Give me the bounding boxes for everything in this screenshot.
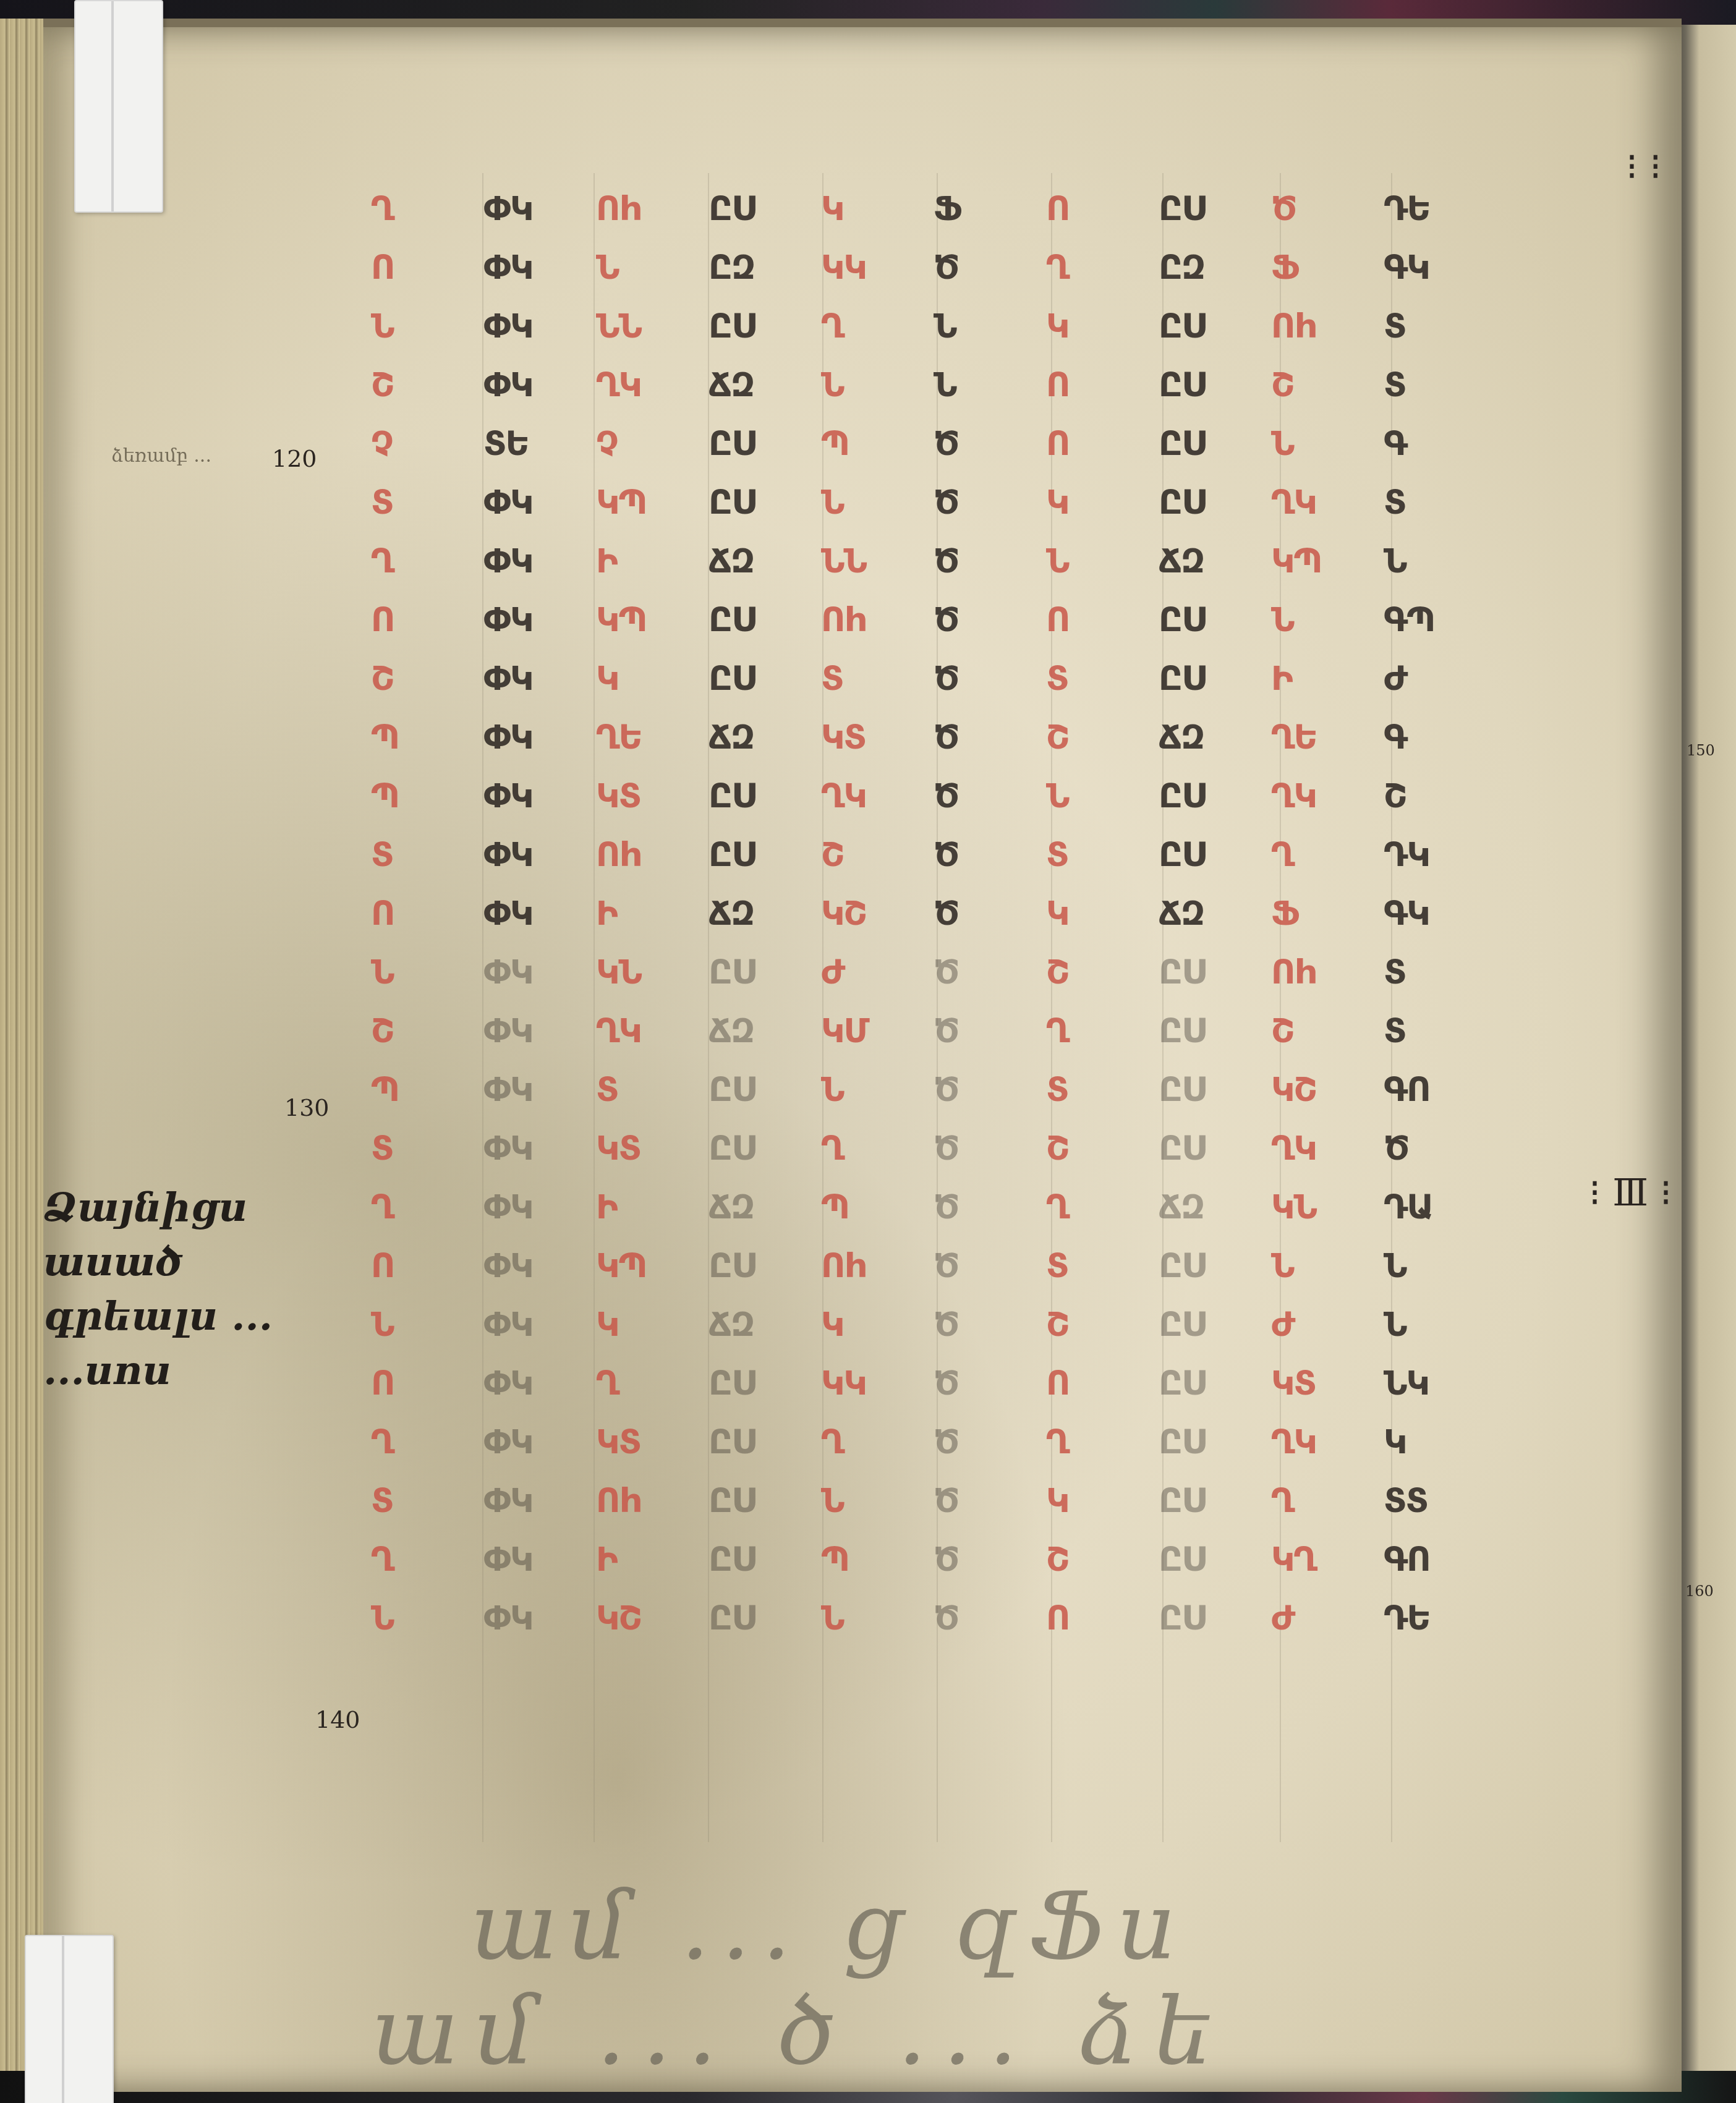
glyph-cell: Ն [1271, 1236, 1384, 1295]
glyph-cell: Շ [1046, 708, 1159, 767]
glyph-cell: ԸՍ [1159, 297, 1271, 355]
glyph-cell: ՓԿ [483, 825, 596, 884]
glyph-cell: Պ [821, 414, 934, 473]
glyph-cell: Ն [1046, 532, 1159, 590]
glyph-cell: Տ [1384, 297, 1496, 355]
page-tab-top [74, 0, 163, 213]
glyph-cell: ՃԶ [1159, 884, 1271, 943]
glyph-cell: Կ [1046, 473, 1159, 532]
glyph-cell: Ո [371, 238, 483, 297]
glyph-cell: ՓԿ [483, 179, 596, 238]
glyph-cell: Ղ [1271, 1471, 1384, 1530]
glyph-cell: ԸՍ [1159, 355, 1271, 414]
glyph-cell: ԿՊ [1271, 532, 1384, 590]
glyph-cell: ԴԿ [1384, 825, 1496, 884]
glyph-cell: ԸՍ [708, 649, 821, 708]
glyph-cell: Ժ [1271, 1589, 1384, 1647]
glyph-cell: Ծ [934, 649, 1046, 708]
marginal-gloss-top: ձեռամբ ... [111, 445, 211, 467]
glyph-cell: Ն [821, 355, 934, 414]
glyph-cell: ԸՍ [1159, 1413, 1271, 1471]
glyph-cell: ՓԿ [483, 1060, 596, 1119]
glyph-cell: Պ [821, 1178, 934, 1236]
glyph-cell: Ոh [596, 1471, 708, 1530]
glyph-cell: Գ [1384, 414, 1496, 473]
glyph-table: ՂՓԿՈhԸՍԿՖՈԸՍԾԴԵՈՓԿՆԸԶԿԿԾՂԸԶՖԳԿՆՓԿՆՆԸՍՂՆԿ… [371, 179, 1496, 1647]
glyph-cell: ՃԶ [708, 355, 821, 414]
glyph-cell: Պ [371, 767, 483, 825]
glyph-cell: Ոh [1271, 297, 1384, 355]
glyph-cell: Ծ [934, 1119, 1046, 1178]
glyph-cell: ԸՍ [1159, 1119, 1271, 1178]
glyph-cell: Ն [821, 1060, 934, 1119]
glyph-cell: Ֆ [1271, 884, 1384, 943]
glyph-cell: ՓԿ [483, 1413, 596, 1471]
glyph-cell: Ի [596, 532, 708, 590]
glyph-cell: ԸՍ [708, 1589, 821, 1647]
glyph-cell: Ղ [371, 1178, 483, 1236]
glyph-cell: ՏԵ [483, 414, 596, 473]
glyph-cell: Ծ [934, 238, 1046, 297]
glyph-cell: Ն [821, 1589, 934, 1647]
glyph-cell: Կ [1046, 884, 1159, 943]
glyph-cell: Ոh [596, 179, 708, 238]
glyph-cell: Ժ [821, 943, 934, 1001]
glyph-cell: Տ [371, 1119, 483, 1178]
glyph-cell: ԸՍ [708, 767, 821, 825]
glyph-cell: Ոh [1271, 943, 1384, 1001]
glyph-cell: ՃԶ [708, 532, 821, 590]
glyph-cell: Ն [934, 355, 1046, 414]
glyph-cell: ՂԿ [596, 1001, 708, 1060]
glyph-cell: ԸՍ [708, 825, 821, 884]
glyph-cell: Ծ [934, 473, 1046, 532]
glyph-cell: ՓԿ [483, 884, 596, 943]
glyph-cell: Տ [1046, 649, 1159, 708]
glyph-cell: Ծ [934, 1178, 1046, 1236]
glyph-cell: Ղ [1271, 825, 1384, 884]
folio-number-120: 120 [272, 445, 317, 472]
glyph-cell: Կ [596, 1295, 708, 1354]
glyph-cell: Շ [371, 1001, 483, 1060]
glyph-cell: ԴԱ [1384, 1178, 1496, 1236]
glyph-cell: ՂԿ [1271, 1413, 1384, 1471]
glyph-cell: Ղ [1046, 1178, 1159, 1236]
glyph-cell: Ղ [1046, 1413, 1159, 1471]
glyph-cell: Ի [596, 1178, 708, 1236]
glyph-cell: ԳՊ [1384, 590, 1496, 649]
glyph-cell: ՓԿ [483, 943, 596, 1001]
glyph-cell: ԿՏ [596, 1413, 708, 1471]
glyph-cell: ՂԵ [1271, 708, 1384, 767]
glyph-cell: Ն [1384, 1236, 1496, 1295]
glyph-cell: ԿՇ [1271, 1060, 1384, 1119]
glyph-cell: ԳՈ [1384, 1530, 1496, 1589]
glyph-cell: Ն [1384, 1295, 1496, 1354]
glyph-cell: ԿՆ [596, 943, 708, 1001]
glyph-cell: ԸՍ [708, 1060, 821, 1119]
glyph-cell: ԴԵ [1384, 1589, 1496, 1647]
glyph-cell: ՃԶ [1159, 1178, 1271, 1236]
glyph-cell: ԳԿ [1384, 884, 1496, 943]
manuscript-photo: ՂՓԿՈhԸՍԿՖՈԸՍԾԴԵՈՓԿՆԸԶԿԿԾՂԸԶՖԳԿՆՓԿՆՆԸՍՂՆԿ… [0, 0, 1736, 2103]
glyph-cell: Ծ [934, 1354, 1046, 1413]
glyph-cell: ԸՍ [1159, 1354, 1271, 1413]
page-tab-bottom [25, 1935, 114, 2103]
glyph-cell: ՓԿ [483, 1178, 596, 1236]
glyph-cell: ՓԿ [483, 1354, 596, 1413]
glyph-cell: Ֆ [934, 179, 1046, 238]
glyph-cell: Ո [1046, 1589, 1159, 1647]
glyph-cell: ԸՍ [708, 590, 821, 649]
glyph-cell: Շ [821, 825, 934, 884]
glyph-cell: Շ [1384, 767, 1496, 825]
glyph-cell: Ո [371, 590, 483, 649]
glyph-cell: Ղ [371, 1413, 483, 1471]
glyph-cell: Շ [1271, 1001, 1384, 1060]
glyph-cell: ԸՍ [1159, 1471, 1271, 1530]
glyph-cell: ՆԿ [1384, 1354, 1496, 1413]
glyph-cell: Տ [1046, 1060, 1159, 1119]
glyph-cell: ԸՍ [708, 1530, 821, 1589]
glyph-cell: ԸՍ [708, 414, 821, 473]
glyph-cell: ԸՍ [708, 1413, 821, 1471]
glyph-cell: Շ [1271, 355, 1384, 414]
glyph-cell: Ն [596, 238, 708, 297]
glyph-cell: Ղ [1046, 238, 1159, 297]
glyph-cell: Ո [371, 1236, 483, 1295]
glyph-cell: Ո [1046, 1354, 1159, 1413]
glyph-cell: ՆՆ [821, 532, 934, 590]
glyph-cell: ԿԿ [821, 1354, 934, 1413]
marginal-gloss-left: Ձայնիցս ասած գրեալս ... ...սոս [43, 1181, 365, 1398]
glyph-cell: Ո [1046, 414, 1159, 473]
glyph-cell: ԿՊ [596, 590, 708, 649]
glyph-cell: ԳԿ [1384, 238, 1496, 297]
glyph-cell: Ծ [934, 825, 1046, 884]
glyph-cell: ՃԶ [708, 884, 821, 943]
glyph-cell: ԿՆ [1271, 1178, 1384, 1236]
glyph-cell: ՃԶ [708, 1001, 821, 1060]
glyph-cell: ՆՆ [596, 297, 708, 355]
glyph-cell: Շ [371, 649, 483, 708]
glyph-cell: ԿՊ [596, 473, 708, 532]
glyph-cell: Ղ [821, 1119, 934, 1178]
glyph-cell: Տ [1384, 355, 1496, 414]
glyph-cell: ԸՍ [708, 1119, 821, 1178]
glyph-cell: ԸՍ [1159, 943, 1271, 1001]
glyph-cell: Ծ [934, 1295, 1046, 1354]
glyph-cell: Ո [1046, 355, 1159, 414]
glyph-cell: Ծ [934, 414, 1046, 473]
glyph-cell: ՓԿ [483, 1001, 596, 1060]
glyph-cell: Ֆ [1271, 238, 1384, 297]
glyph-cell: ԸՍ [1159, 1530, 1271, 1589]
glyph-cell: ՂԿ [1271, 473, 1384, 532]
glyph-cell: Ղ [371, 179, 483, 238]
glyph-cell: ԸՍ [1159, 825, 1271, 884]
glyph-cell: Տ [1384, 1001, 1496, 1060]
glyph-cell: ՃԶ [708, 1178, 821, 1236]
glyph-cell: Ղ [1046, 1001, 1159, 1060]
glyph-cell: ՃԶ [1159, 708, 1271, 767]
glyph-cell: Ո [371, 884, 483, 943]
glyph-cell: ԸՍ [708, 943, 821, 1001]
glyph-cell: Տ [371, 1471, 483, 1530]
glyph-cell: Ո [371, 1354, 483, 1413]
glyph-cell: ՃԶ [1159, 532, 1271, 590]
glyph-cell: Շ [1046, 1119, 1159, 1178]
glyph-cell: ՓԿ [483, 532, 596, 590]
glyph-cell: Ն [1271, 590, 1384, 649]
glyph-cell: Ո [1046, 590, 1159, 649]
glyph-cell: ՂԿ [821, 767, 934, 825]
glyph-cell: ԸՍ [1159, 1236, 1271, 1295]
gloss-line: գրեալս ... [43, 1289, 365, 1344]
glyph-cell: ՓԿ [483, 1530, 596, 1589]
glyph-cell: Տ [1384, 943, 1496, 1001]
glyph-cell: Ծ [934, 532, 1046, 590]
glyph-cell: Ծ [934, 767, 1046, 825]
glyph-cell: Ծ [934, 1413, 1046, 1471]
glyph-cell: Ղ [596, 1354, 708, 1413]
glyph-cell: ՂԿ [1271, 767, 1384, 825]
glyph-cell: ՂԵ [596, 708, 708, 767]
glyph-cell: Ծ [934, 884, 1046, 943]
glyph-cell: ՓԿ [483, 1119, 596, 1178]
glyph-cell: ԸԶ [708, 238, 821, 297]
glyph-cell: Չ [371, 414, 483, 473]
glyph-cell: Ն [371, 943, 483, 1001]
glyph-cell: ԸՍ [1159, 414, 1271, 473]
glyph-cell: ՂԿ [596, 355, 708, 414]
glyph-cell: ԸՍ [708, 1471, 821, 1530]
glyph-cell: Ի [596, 1530, 708, 1589]
glyph-cell: ԿՇ [821, 884, 934, 943]
glyph-cell: Ղ [371, 532, 483, 590]
glyph-cell: Ի [596, 884, 708, 943]
glyph-cell: ԸՍ [1159, 179, 1271, 238]
glyph-cell: ԸՍ [708, 1354, 821, 1413]
glyph-cell: Ն [821, 473, 934, 532]
glyph-cell: ԿՂ [1271, 1530, 1384, 1589]
glyph-cell: Շ [1046, 943, 1159, 1001]
glyph-cell: ԸՍ [1159, 473, 1271, 532]
glyph-cell: Ծ [934, 1236, 1046, 1295]
gloss-line: ասած [43, 1235, 365, 1289]
glyph-cell: Ի [1271, 649, 1384, 708]
glyph-cell: ԸԶ [1159, 238, 1271, 297]
glyph-cell: ՓԿ [483, 1471, 596, 1530]
glyph-cell: ԿՏ [821, 708, 934, 767]
glyph-cell: ԸՍ [1159, 1060, 1271, 1119]
glyph-cell: Ոh [821, 590, 934, 649]
glyph-cell: ԳՈ [1384, 1060, 1496, 1119]
bottom-scribble-line-2: ամ ... ծ ... ձե [371, 1978, 1228, 2086]
gloss-line: Ձայնիցս [43, 1181, 365, 1235]
glyph-cell: ՓԿ [483, 590, 596, 649]
glyph-cell: Ն [934, 297, 1046, 355]
glyph-cell: Կ [1046, 1471, 1159, 1530]
glyph-cell: Տ [371, 473, 483, 532]
glyph-cell: Ծ [1384, 1119, 1496, 1178]
glyph-cell: ՓԿ [483, 297, 596, 355]
glyph-cell: Տ [596, 1060, 708, 1119]
glyph-cell: ԿՏ [1271, 1354, 1384, 1413]
folio-number-140: 140 [315, 1706, 360, 1733]
folio-number-150: 150 [1687, 742, 1715, 759]
glyph-cell: Ծ [934, 708, 1046, 767]
glyph-cell: Ղ [821, 1413, 934, 1471]
glyph-cell: Տ [1046, 825, 1159, 884]
glyph-cell: Շ [371, 355, 483, 414]
bottom-scribble-line-1: ամ ... ց զՖս [470, 1873, 1187, 1981]
glyph-cell: Ն [1046, 767, 1159, 825]
glyph-cell: Պ [821, 1530, 934, 1589]
glyph-cell: Ժ [1271, 1295, 1384, 1354]
glyph-cell: ԸՍ [1159, 1001, 1271, 1060]
glyph-cell: ՓԿ [483, 1236, 596, 1295]
glyph-cell: Կ [821, 179, 934, 238]
glyph-cell: ՓԿ [483, 708, 596, 767]
glyph-cell: ՏՏ [1384, 1471, 1496, 1530]
glyph-cell: Ծ [934, 1001, 1046, 1060]
glyph-cell: ԸՍ [708, 473, 821, 532]
glyph-cell: ԸՍ [708, 1236, 821, 1295]
glyph-cell: Ծ [934, 1530, 1046, 1589]
glyph-cell: ՓԿ [483, 649, 596, 708]
glyph-cell: Ծ [934, 943, 1046, 1001]
glyph-cell: ԿՏ [596, 1119, 708, 1178]
glyph-cell: Ծ [934, 590, 1046, 649]
glyph-cell: ԸՍ [1159, 767, 1271, 825]
glyph-cell: ՓԿ [483, 238, 596, 297]
glyph-cell: Ծ [934, 1589, 1046, 1647]
glyph-cell: Ծ [934, 1471, 1046, 1530]
glyph-cell: ԸՍ [1159, 649, 1271, 708]
glyph-cell: Կ [1046, 297, 1159, 355]
glyph-cell: ՓԿ [483, 355, 596, 414]
glyph-cell: Ղ [371, 1530, 483, 1589]
glyph-cell: Տ [1046, 1236, 1159, 1295]
glyph-cell: Պ [371, 708, 483, 767]
folio-number-130: 130 [284, 1094, 330, 1121]
glyph-cell: ԿԿ [821, 238, 934, 297]
glyph-cell: Շ [1046, 1295, 1159, 1354]
glyph-cell: ՃԶ [708, 1295, 821, 1354]
glyph-cell: Պ [371, 1060, 483, 1119]
glyph-cell: Չ [596, 414, 708, 473]
right-margin-marks-mid: ⁝ Ⅲ ⁝ [1589, 1175, 1672, 1212]
glyph-cell: ՓԿ [483, 1589, 596, 1647]
glyph-cell: Ն [371, 297, 483, 355]
glyph-cell: Ն [371, 1295, 483, 1354]
folio-number-160: 160 [1685, 1583, 1714, 1600]
glyph-cell: Ժ [1384, 649, 1496, 708]
glyph-cell: Ծ [934, 1060, 1046, 1119]
glyph-cell: Ծ [1271, 179, 1384, 238]
glyph-cell: ՓԿ [483, 473, 596, 532]
glyph-cell: ՓԿ [483, 1295, 596, 1354]
glyph-cell: ՓԿ [483, 767, 596, 825]
glyph-cell: Ն [371, 1589, 483, 1647]
glyph-cell: ԿՊ [596, 1236, 708, 1295]
right-margin-marks-top: ⁝ ⁝ [1626, 148, 1661, 185]
glyph-cell: Կ [596, 649, 708, 708]
glyph-cell: Շ [1046, 1530, 1159, 1589]
glyph-cell: Գ [1384, 708, 1496, 767]
gloss-line: ...սոս [43, 1344, 365, 1398]
glyph-cell: Կ [1384, 1413, 1496, 1471]
glyph-cell: ՃԶ [708, 708, 821, 767]
glyph-cell: ՂԿ [1271, 1119, 1384, 1178]
glyph-cell: ԸՍ [1159, 1589, 1271, 1647]
glyph-cell: Տ [821, 649, 934, 708]
glyph-cell: Ոh [821, 1236, 934, 1295]
glyph-cell: Ն [821, 1471, 934, 1530]
glyph-cell: Ն [1271, 414, 1384, 473]
glyph-cell: Կ [821, 1295, 934, 1354]
glyph-cell: Ո [1046, 179, 1159, 238]
glyph-cell: ԿՄ [821, 1001, 934, 1060]
glyph-cell: ԸՍ [708, 297, 821, 355]
glyph-cell: Ն [1384, 532, 1496, 590]
glyph-cell: Ոh [596, 825, 708, 884]
glyph-cell: Տ [371, 825, 483, 884]
glyph-cell: ԸՍ [1159, 590, 1271, 649]
glyph-cell: ԸՍ [1159, 1295, 1271, 1354]
glyph-cell: ԸՍ [708, 179, 821, 238]
glyph-cell: ԿՇ [596, 1589, 708, 1647]
glyph-cell: Տ [1384, 473, 1496, 532]
glyph-cell: ԿՏ [596, 767, 708, 825]
glyph-cell: ԴԵ [1384, 179, 1496, 238]
glyph-cell: Ղ [821, 297, 934, 355]
